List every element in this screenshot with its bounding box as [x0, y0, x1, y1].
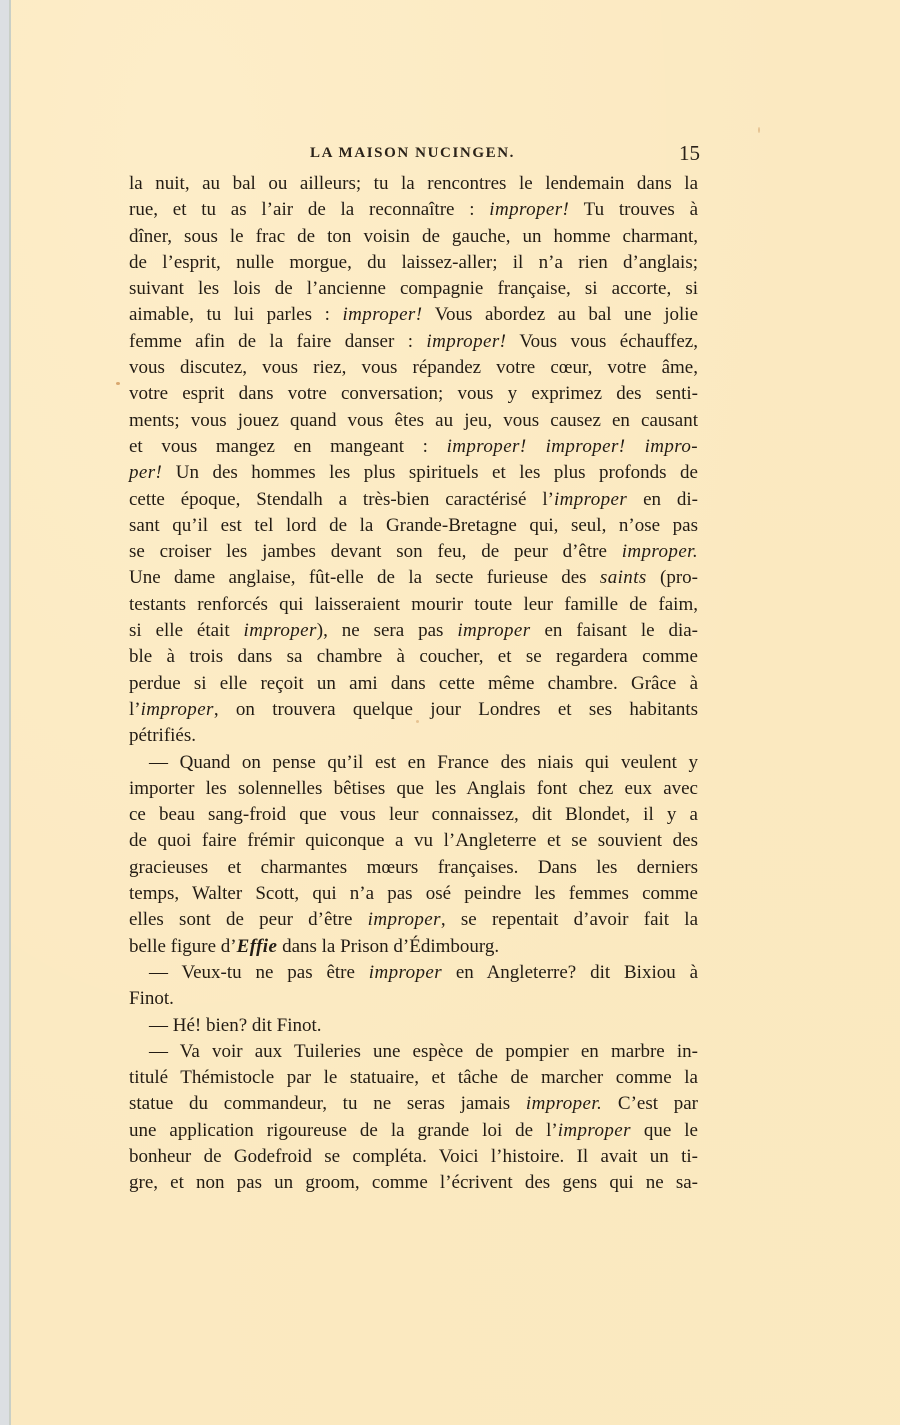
text-line: elles sont de peur d’être improper, se r… — [129, 907, 698, 933]
italic-term: improper — [369, 962, 442, 983]
text-run: ), ne sera pas — [317, 620, 458, 641]
italic-term: improper! improper! impro- — [447, 436, 698, 457]
text-run: perdue si elle reçoit un ami dans cette … — [129, 673, 698, 694]
text-run: , se repentait d’avoir fait la — [441, 909, 698, 930]
text-line: et vous mangez en mangeant : improper! i… — [129, 434, 698, 460]
paper-speck — [116, 382, 120, 385]
italic-term: saints — [600, 567, 647, 588]
text-run: de quoi faire frémir quiconque a vu l’An… — [129, 830, 698, 851]
text-run: se croiser les jambes devant son feu, de… — [129, 541, 622, 562]
text-line: perdue si elle reçoit un ami dans cette … — [129, 671, 698, 697]
text-run: l’ — [129, 699, 141, 720]
text-line: de l’esprit, nulle morgue, du laissez-al… — [129, 250, 698, 276]
text-run: bonheur de Godefroid se compléta. Voici … — [129, 1146, 698, 1167]
text-line: ments; vous jouez quand vous êtes au jeu… — [129, 408, 698, 434]
text-run: Finot. — [129, 988, 174, 1009]
text-run: vous discutez, vous riez, vous répandez … — [129, 357, 698, 378]
text-run: testants renforcés qui laisseraient mour… — [129, 594, 698, 615]
text-run: dans la Prison d’Édimbourg. — [277, 936, 499, 957]
text-run: statue du commandeur, tu ne seras jamais — [129, 1093, 526, 1114]
text-line: se croiser les jambes devant son feu, de… — [129, 539, 698, 565]
text-line: sant qu’il est tel lord de la Grande-Bre… — [129, 513, 698, 539]
italic-term: improper. — [622, 541, 698, 562]
text-line: dîner, sous le frac de ton voisin de gau… — [129, 224, 698, 250]
text-run: pétrifiés. — [129, 725, 196, 746]
italic-term: improper! — [489, 199, 569, 220]
text-line: testants renforcés qui laisseraient mour… — [129, 592, 698, 618]
italic-term: improper — [558, 1120, 631, 1141]
text-run: en Angleterre? dit Bixiou à — [442, 962, 698, 983]
italic-term: improper — [141, 699, 214, 720]
body-text: la nuit, au bal ou ailleurs; tu la renco… — [129, 171, 698, 1197]
text-line: temps, Walter Scott, qui n’a pas osé pei… — [129, 881, 698, 907]
text-run: si elle était — [129, 620, 244, 641]
text-line: cette époque, Stendalh a très-bien carac… — [129, 487, 698, 513]
text-line: aimable, tu lui parles : improper! Vous … — [129, 302, 698, 328]
text-run: titulé Thémistocle par le statuaire, et … — [129, 1067, 698, 1088]
text-line: la nuit, au bal ou ailleurs; tu la renco… — [129, 171, 698, 197]
text-line: femme afin de la faire danser : improper… — [129, 329, 698, 355]
text-run: de l’esprit, nulle morgue, du laissez-al… — [129, 252, 698, 273]
text-run: , on trouvera quelque jour Londres et se… — [214, 699, 698, 720]
text-line: titulé Thémistocle par le statuaire, et … — [129, 1065, 698, 1091]
text-run: — Hé! bien? dit Finot. — [149, 1015, 322, 1036]
text-run: dîner, sous le frac de ton voisin de gau… — [129, 226, 698, 247]
paper-speck — [758, 127, 760, 133]
text-line: belle figure d’Effie dans la Prison d’Éd… — [129, 934, 698, 960]
italic-term: per! — [129, 462, 162, 483]
text-line: ble à trois dans sa chambre à coucher, e… — [129, 644, 698, 670]
text-run: et vous mangez en mangeant : — [129, 436, 447, 457]
text-run: — Va voir aux Tuileries une espèce de po… — [149, 1041, 698, 1062]
text-run: elles sont de peur d’être — [129, 909, 368, 930]
text-run: que le — [631, 1120, 698, 1141]
text-line: gracieuses et charmantes mœurs française… — [129, 855, 698, 881]
text-line: — Veux-tu ne pas être improper en Anglet… — [129, 960, 698, 986]
text-run: la nuit, au bal ou ailleurs; tu la renco… — [129, 173, 698, 194]
text-run: importer les solennelles bêtises que les… — [129, 778, 698, 799]
text-line: Une dame anglaise, fût-elle de la secte … — [129, 565, 698, 591]
italic-term: improper — [244, 620, 317, 641]
text-line: si elle était improper), ne sera pas imp… — [129, 618, 698, 644]
text-line: — Hé! bien? dit Finot. — [129, 1013, 698, 1039]
text-run: aimable, tu lui parles : — [129, 304, 343, 325]
italic-term: Effie — [237, 936, 278, 957]
italic-term: improper — [554, 489, 627, 510]
text-line: statue du commandeur, tu ne seras jamais… — [129, 1091, 698, 1117]
text-run: gre, et non pas un groom, comme l’écrive… — [129, 1172, 698, 1193]
text-run: votre esprit dans votre conversation; vo… — [129, 383, 698, 404]
text-run: sant qu’il est tel lord de la Grande-Bre… — [129, 515, 698, 536]
text-line: Finot. — [129, 986, 698, 1012]
text-run: — Veux-tu ne pas être — [149, 962, 369, 983]
text-run: (pro- — [647, 567, 698, 588]
italic-term: improper — [368, 909, 441, 930]
text-run: une application rigoureuse de la grande … — [129, 1120, 558, 1141]
text-run: ble à trois dans sa chambre à coucher, e… — [129, 646, 698, 667]
text-run: en faisant le dia- — [531, 620, 698, 641]
text-run: cette époque, Stendalh a très-bien carac… — [129, 489, 554, 510]
text-line: ce beau sang-froid que vous leur connais… — [129, 802, 698, 828]
italic-term: improper. — [526, 1093, 602, 1114]
text-line: de quoi faire frémir quiconque a vu l’An… — [129, 828, 698, 854]
italic-term: improper — [457, 620, 530, 641]
text-run: femme afin de la faire danser : — [129, 331, 426, 352]
text-line: — Va voir aux Tuileries une espèce de po… — [129, 1039, 698, 1065]
text-line: per! Un des hommes les plus spirituels e… — [129, 460, 698, 486]
text-run: en di- — [627, 489, 698, 510]
text-run: Tu trouves à — [569, 199, 698, 220]
text-run: — Quand on pense qu’il est en France des… — [149, 752, 698, 773]
text-run: ments; vous jouez quand vous êtes au jeu… — [129, 410, 698, 431]
page-number: 15 — [679, 141, 700, 166]
text-line: importer les solennelles bêtises que les… — [129, 776, 698, 802]
text-run: Une dame anglaise, fût-elle de la secte … — [129, 567, 600, 588]
text-run: Vous abordez au bal une jolie — [422, 304, 698, 325]
text-line: l’improper, on trouvera quelque jour Lon… — [129, 697, 698, 723]
text-line: rue, et tu as l’air de la reconnaître : … — [129, 197, 698, 223]
text-line: bonheur de Godefroid se compléta. Voici … — [129, 1144, 698, 1170]
text-run: belle figure d’ — [129, 936, 237, 957]
text-run: Un des hommes les plus spirituels et les… — [162, 462, 698, 483]
running-head: LA MAISON NUCINGEN. 15 — [120, 143, 700, 167]
text-run: ce beau sang-froid que vous leur connais… — [129, 804, 698, 825]
text-line: une application rigoureuse de la grande … — [129, 1118, 698, 1144]
text-run: temps, Walter Scott, qui n’a pas osé pei… — [129, 883, 698, 904]
text-run: rue, et tu as l’air de la reconnaître : — [129, 199, 489, 220]
text-run: Vous vous échauffez, — [506, 331, 698, 352]
text-line: vous discutez, vous riez, vous répandez … — [129, 355, 698, 381]
italic-term: improper! — [343, 304, 423, 325]
text-line: gre, et non pas un groom, comme l’écrive… — [129, 1170, 698, 1196]
text-run: C’est par — [602, 1093, 698, 1114]
italic-term: improper! — [426, 331, 506, 352]
text-line: votre esprit dans votre conversation; vo… — [129, 381, 698, 407]
text-line: suivant les lois de l’ancienne compagnie… — [129, 276, 698, 302]
text-line: — Quand on pense qu’il est en France des… — [129, 750, 698, 776]
text-line: pétrifiés. — [129, 723, 698, 749]
text-run: suivant les lois de l’ancienne compagnie… — [129, 278, 698, 299]
text-run: gracieuses et charmantes mœurs française… — [129, 857, 698, 878]
running-title: LA MAISON NUCINGEN. — [310, 145, 515, 162]
